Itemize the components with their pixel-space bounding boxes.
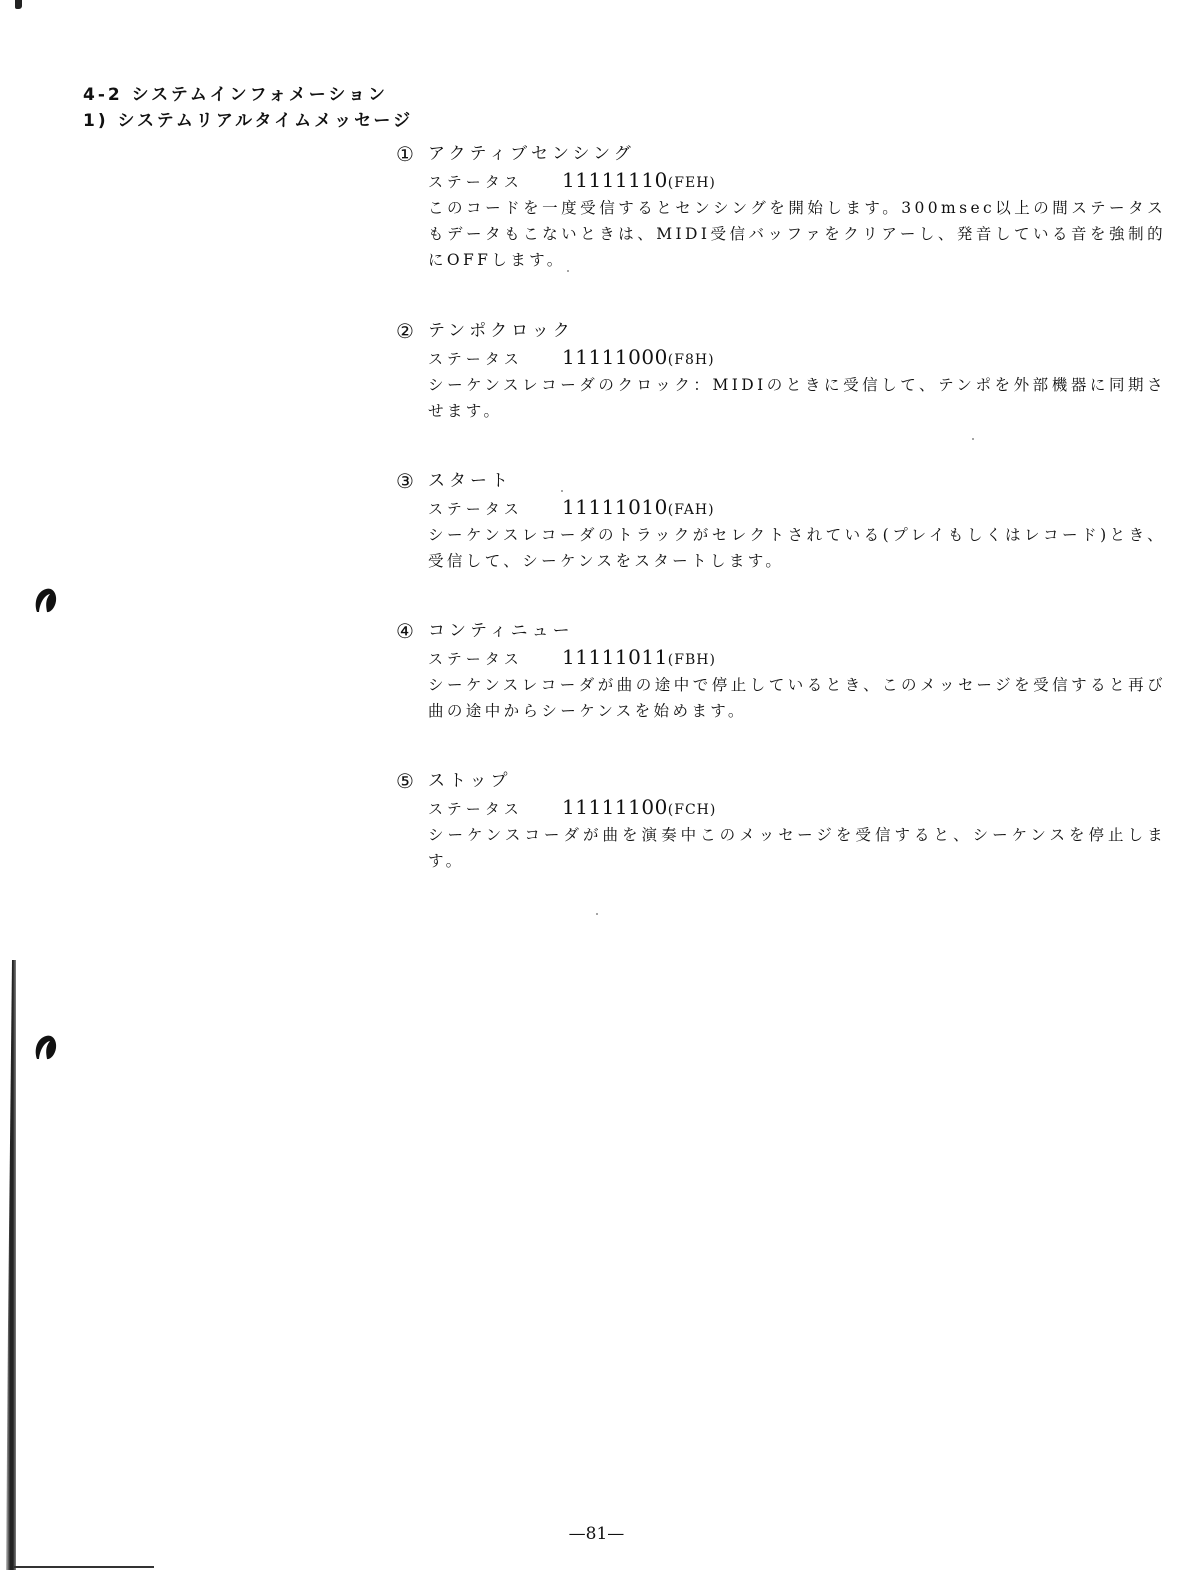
item-title: コンティニュー bbox=[428, 617, 574, 645]
status-label: ステータス bbox=[428, 498, 562, 519]
item-title: ストップ bbox=[428, 767, 512, 795]
scan-speck bbox=[596, 913, 598, 915]
status-binary: 11111100 bbox=[562, 795, 668, 819]
status-label: ステータス bbox=[428, 171, 562, 192]
status-hex: (FCH) bbox=[668, 802, 717, 818]
binder-hole-mark-icon bbox=[33, 1033, 57, 1061]
status-hex: (F8H) bbox=[668, 352, 715, 368]
item-number: ⑤ bbox=[396, 767, 428, 795]
scan-edge-bottom bbox=[14, 1566, 154, 1568]
status-binary: 11111110 bbox=[562, 168, 668, 192]
status-code: 11111011(FBH) bbox=[562, 645, 716, 669]
status-binary: 11111011 bbox=[562, 645, 668, 669]
item-description: シーケンスレコーダのクロック：MIDIのときに受信して、テンポを外部機器に同期さ… bbox=[428, 372, 1166, 424]
subsection-title: 1) システムリアルタイムメッセージ bbox=[83, 110, 413, 132]
item-number: ① bbox=[396, 140, 428, 168]
item-description: シーケンスコーダが曲を演奏中このメッセージを受信すると、シーケンスを停止します。 bbox=[428, 822, 1166, 874]
status-code: 11111000(F8H) bbox=[562, 345, 715, 369]
status-code: 11111110(FEH) bbox=[562, 168, 716, 192]
status-code: 11111010(FAH) bbox=[562, 495, 715, 519]
message-item-tempo-clock: ② テンポクロック ステータス 11111000(F8H) シーケンスレコーダの… bbox=[396, 317, 1166, 424]
item-number: ② bbox=[396, 317, 428, 345]
item-title: テンポクロック bbox=[428, 317, 574, 345]
document-page: 4-2 システムインフォメーション 1) システムリアルタイムメッセージ ① ア… bbox=[0, 0, 1193, 1574]
status-hex: (FAH) bbox=[668, 502, 715, 518]
status-label: ステータス bbox=[428, 348, 562, 369]
page-number: —81— bbox=[0, 1524, 1193, 1544]
item-description: このコードを一度受信するとセンシングを開始します。300msec以上の間ステータ… bbox=[428, 195, 1166, 273]
item-description: シーケンスレコーダのトラックがセレクトされている(プレイもしくはレコード)とき、… bbox=[428, 522, 1166, 574]
message-item-start: ③ スタート ステータス 11111010(FAH) シーケンスレコーダのトラッ… bbox=[396, 467, 1166, 574]
message-item-stop: ⑤ ストップ ステータス 11111100(FCH) シーケンスコーダが曲を演奏… bbox=[396, 767, 1166, 874]
status-hex: (FEH) bbox=[668, 175, 716, 191]
item-title: アクティブセンシング bbox=[428, 140, 635, 168]
scan-speck bbox=[972, 438, 974, 440]
message-item-active-sensing: ① アクティブセンシング ステータス 11111110(FEH) このコードを一… bbox=[396, 140, 1166, 273]
status-label: ステータス bbox=[428, 648, 562, 669]
status-hex: (FBH) bbox=[668, 652, 716, 668]
scan-artifact-top bbox=[15, 0, 22, 9]
status-binary: 11111010 bbox=[562, 495, 668, 519]
status-code: 11111100(FCH) bbox=[562, 795, 716, 819]
item-number: ③ bbox=[396, 467, 428, 495]
binder-hole-mark-icon bbox=[33, 586, 57, 614]
item-title: スタート bbox=[428, 467, 512, 495]
item-description: シーケンスレコーダが曲の途中で停止しているとき、このメッセージを受信すると再び曲… bbox=[428, 672, 1166, 724]
item-number: ④ bbox=[396, 617, 428, 645]
binding-shadow bbox=[6, 960, 16, 1570]
message-item-continue: ④ コンティニュー ステータス 11111011(FBH) シーケンスレコーダが… bbox=[396, 617, 1166, 724]
status-binary: 11111000 bbox=[562, 345, 668, 369]
section-title: 4-2 システムインフォメーション bbox=[83, 84, 388, 106]
status-label: ステータス bbox=[428, 798, 562, 819]
